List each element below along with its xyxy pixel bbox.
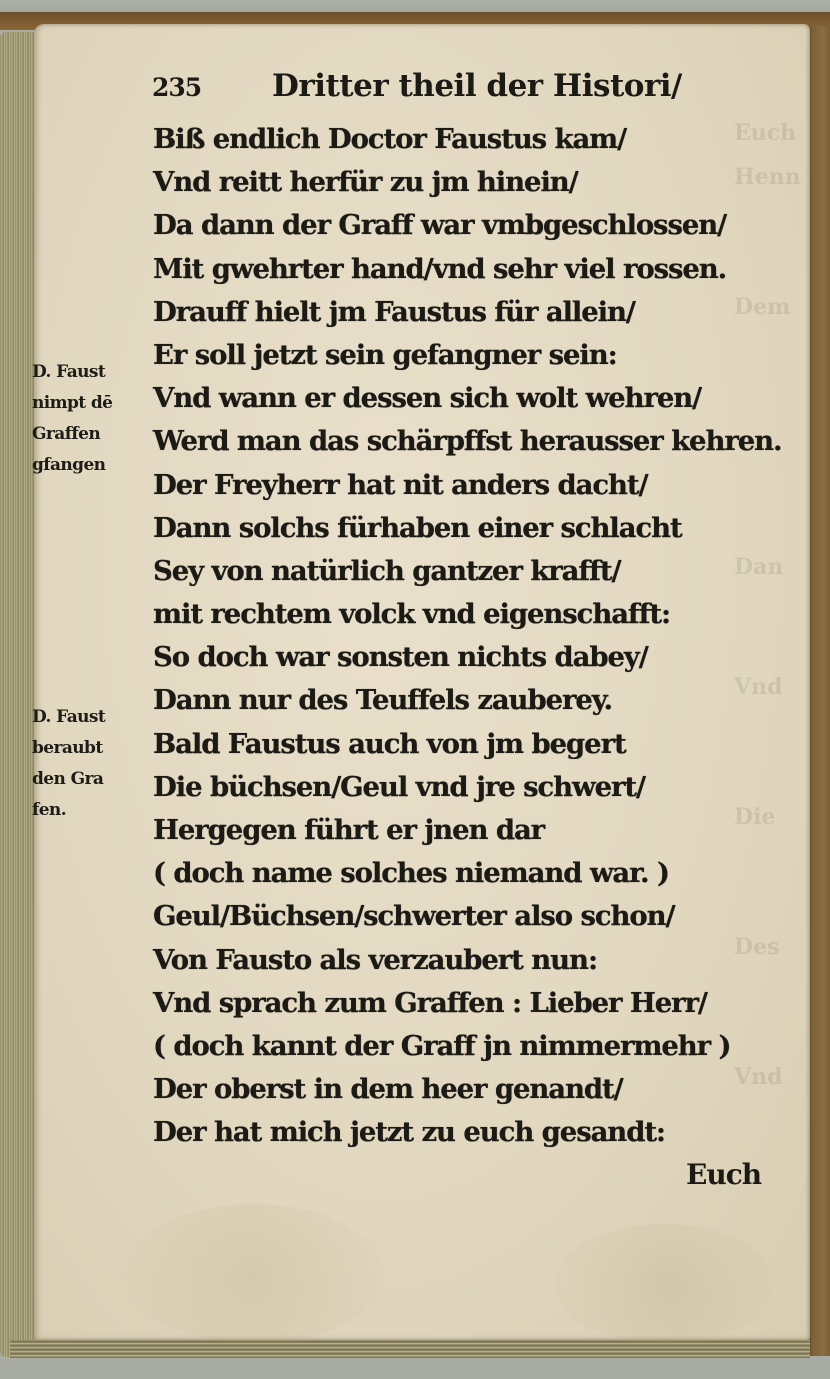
running-head-title: Dritter theil der Histori/ bbox=[272, 68, 682, 104]
verse-line: Geul/Büchsen/schwerter also schon/ bbox=[153, 895, 793, 938]
verse-line: Da dann der Graff war vmbgeschlossen/ bbox=[153, 204, 793, 247]
verse-line: Die büchsen/Geul vnd jre schwert/ bbox=[153, 766, 793, 809]
verse-line: Von Fausto als verzaubert nun: bbox=[153, 939, 793, 982]
paper-stain bbox=[124, 1204, 384, 1344]
verse-line: Biß endlich Doctor Faustus kam/ bbox=[153, 118, 793, 161]
gloss-line: beraubt bbox=[32, 733, 152, 764]
verse-line: Bald Faustus auch von jm begert bbox=[153, 723, 793, 766]
verse-line: Sey von natürlich gantzer krafft/ bbox=[153, 550, 793, 593]
verse-line: Drauff hielt jm Faustus für allein/ bbox=[153, 291, 793, 334]
verse-line: Er soll jetzt sein gefangner sein: bbox=[153, 334, 793, 377]
verse-line: So doch war sonsten nichts dabey/ bbox=[153, 636, 793, 679]
gloss-line: Graffen bbox=[32, 419, 152, 450]
gloss-line: nimpt dē bbox=[32, 388, 152, 419]
paper-stain bbox=[554, 1224, 774, 1344]
verse-line: Dann solchs fürhaben einer schlacht bbox=[153, 507, 793, 550]
verse-line: Dann nur des Teuffels zauberey. bbox=[153, 679, 793, 722]
verse-line: Der hat mich jetzt zu euch gesandt: bbox=[153, 1111, 793, 1154]
verse-line: Der oberst in dem heer genandt/ bbox=[153, 1068, 793, 1111]
running-head: 235 Dritter theil der Histori/ bbox=[152, 68, 712, 108]
catchword: Euch bbox=[686, 1158, 761, 1191]
verse-line: Mit gwehrter hand/vnd sehr viel rossen. bbox=[153, 248, 793, 291]
gloss-line: D. Faust bbox=[32, 357, 152, 388]
verse-line: Hergegen führt er jnen dar bbox=[153, 809, 793, 852]
gloss-line: den Gra bbox=[32, 764, 152, 795]
verse-line: Werd man das schärpffst herausser kehren… bbox=[153, 420, 793, 463]
gloss-line: gfangen bbox=[32, 450, 152, 481]
verse-line: Vnd sprach zum Graffen : Lieber Herr/ bbox=[153, 982, 793, 1025]
verse-line: mit rechtem volck vnd eigenschafft: bbox=[153, 593, 793, 636]
page-number: 235 bbox=[152, 73, 272, 102]
marginal-gloss: D. Faust nimpt dē Graffen gfangen bbox=[32, 357, 152, 481]
verse-block: Biß endlich Doctor Faustus kam/ Vnd reit… bbox=[153, 118, 793, 1155]
verse-line: ( doch name solches niemand war. ) bbox=[153, 852, 793, 895]
verse-line: ( doch kannt der Graff jn nimmermehr ) bbox=[153, 1025, 793, 1068]
verse-line: Vnd wann er dessen sich wolt wehren/ bbox=[153, 377, 793, 420]
page-stack-bottom-edge bbox=[10, 1340, 810, 1358]
marginal-gloss: D. Faust beraubt den Gra fen. bbox=[32, 702, 152, 826]
verse-line: Der Freyherr hat nit anders dacht/ bbox=[153, 464, 793, 507]
gloss-line: fen. bbox=[32, 795, 152, 826]
gloss-line: D. Faust bbox=[32, 702, 152, 733]
verse-line: Vnd reitt herfür zu jm hinein/ bbox=[153, 161, 793, 204]
